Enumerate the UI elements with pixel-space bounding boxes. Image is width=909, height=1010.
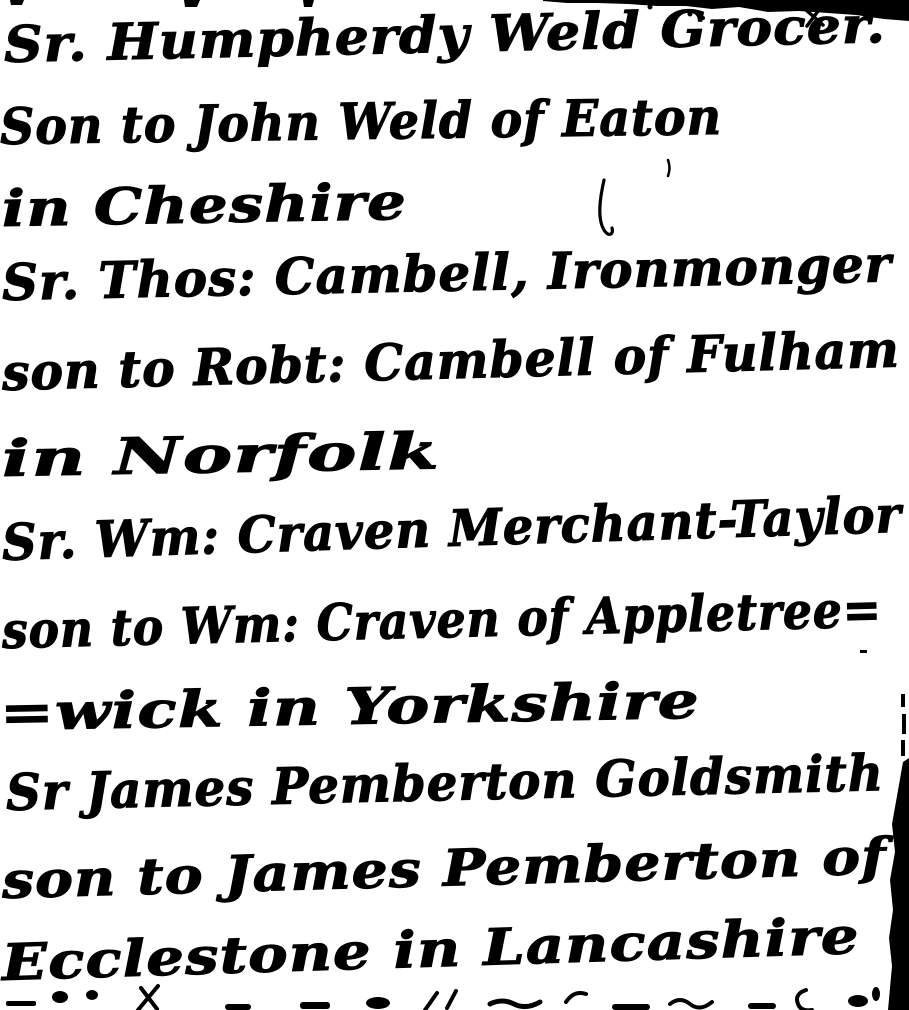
manuscript-line-craven-3: =wick in Yorkshire [0,670,700,744]
manuscript-line-weld-2: Son to John Weld of Eaton [0,86,722,158]
manuscript-line-craven-1: Sr. Wm: Craven Merchant-Taylor [1,484,903,574]
manuscript-line-weld-1: Sr. Humpherdy Weld Grocer. [3,0,886,76]
manuscript-line-cambell-1: Sr. Thos: Cambell, Ironmonger [1,233,892,314]
manuscript-line-weld-3: in Cheshire [1,171,407,240]
manuscript-page: Sr. Humpherdy Weld Grocer. Son to John W… [0,0,909,1010]
manuscript-line-pemberton-1: Sr James Pemberton Goldsmith [5,742,884,824]
stray-ink-mark [600,160,670,234]
manuscript-line-craven-2: son to Wm: Craven of Appletree= [1,579,882,662]
manuscript-line-cambell-2: son to Robt: Cambell of Fulham [1,319,900,404]
manuscript-line-cambell-3: in Norfolk [1,420,440,490]
manuscript-line-pemberton-3: Ecclestone in Lancashire [1,905,860,994]
manuscript-line-pemberton-2: son to James Pemberton of [1,825,887,912]
